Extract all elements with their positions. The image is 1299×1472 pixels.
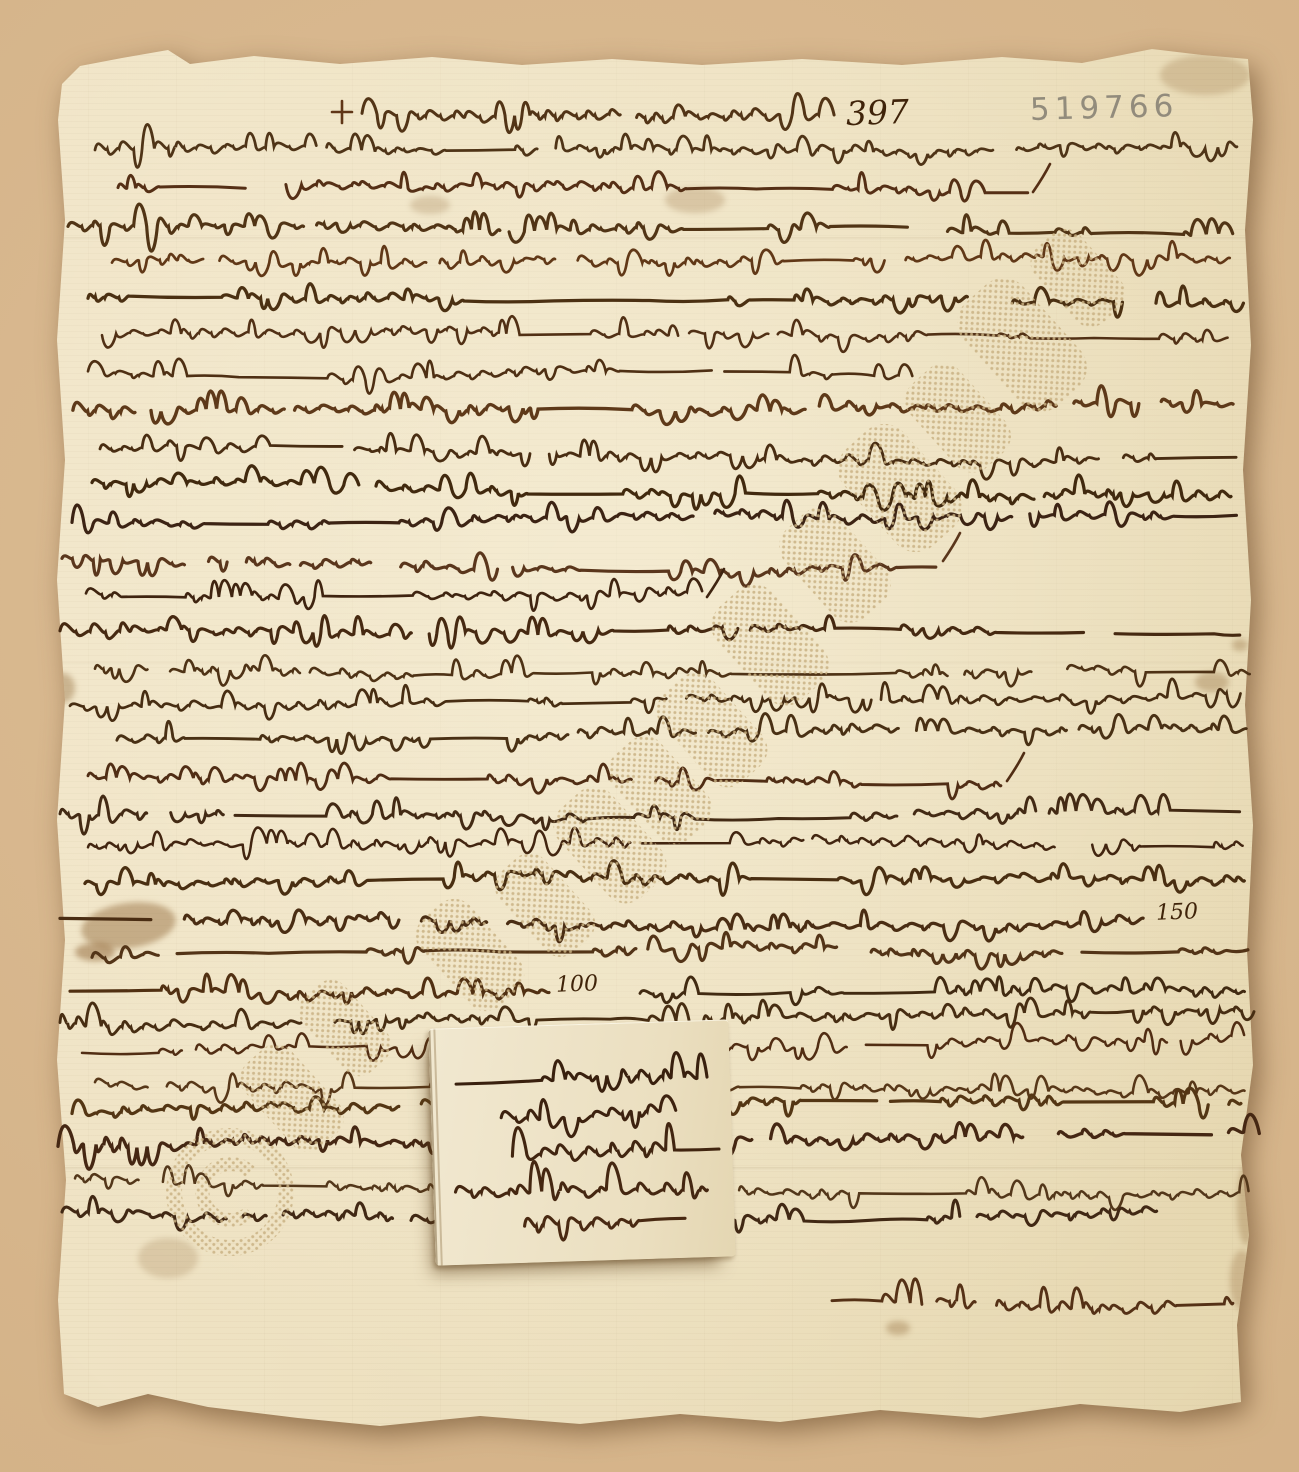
note-text-line-2 bbox=[501, 1096, 677, 1139]
paper-stain bbox=[410, 196, 450, 214]
fold-crease bbox=[0, 662, 1299, 666]
paper-stain bbox=[1232, 639, 1248, 651]
amount-numeral-150: 150 bbox=[1156, 899, 1199, 925]
paper-stain bbox=[1195, 672, 1229, 692]
note-text-line-5 bbox=[524, 1212, 685, 1241]
fold-crease bbox=[0, 237, 1299, 241]
amount-numeral-100: 100 bbox=[556, 971, 599, 997]
paper-stain bbox=[886, 1321, 910, 1335]
paper-stain bbox=[78, 896, 178, 954]
note-text-line-1 bbox=[455, 1052, 707, 1096]
note-handwriting-layer bbox=[428, 1020, 735, 1265]
year-numeral: 397 bbox=[845, 92, 909, 133]
manuscript-scan-scene: 519766 397 150 100 bbox=[0, 0, 1299, 1472]
paper-stain bbox=[665, 187, 725, 213]
folded-note-fragment bbox=[428, 1019, 735, 1265]
paper-stain bbox=[621, 1437, 643, 1447]
archive-number-stamp: 519766 bbox=[1030, 88, 1179, 128]
paper-stain bbox=[1025, 1413, 1055, 1427]
paper-stain bbox=[138, 1238, 198, 1278]
paper-stain bbox=[49, 673, 75, 703]
note-text-line-4 bbox=[455, 1156, 708, 1205]
paper-stain bbox=[75, 943, 115, 961]
note-text-line-3 bbox=[512, 1121, 720, 1162]
paper-stain bbox=[1230, 1250, 1254, 1310]
paper-stain bbox=[1237, 1165, 1255, 1245]
